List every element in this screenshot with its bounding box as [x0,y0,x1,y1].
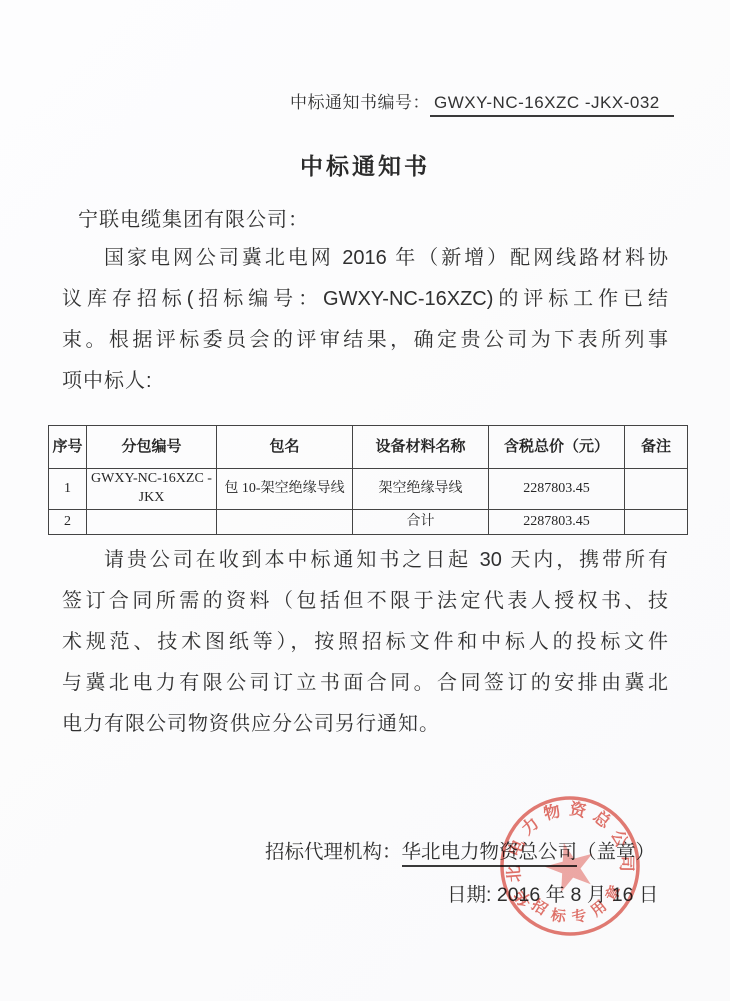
col-header-package-number: 分包编号 [87,426,217,469]
date-line: 日期: 2016 年 8 月 16 日 [447,879,658,907]
table-header-row: 序号 分包编号 包名 设备材料名称 含税总价（元） 备注 [49,426,688,469]
col-header-seq: 序号 [49,426,87,469]
col-header-package-name: 包名 [217,426,353,469]
agency-seal-note: （盖章） [577,841,655,863]
salutation: 宁联电缆集团有限公司： [78,203,309,232]
cell-package-name: 包 10-架空绝缘导线 [217,469,353,510]
cell-seq: 2 [49,510,87,535]
paragraph-line: 签订合同所需的资料（包括但不限于法定代表人授权书、技 [62,581,668,622]
cell-total-price: 2287803.45 [489,510,625,535]
paragraph-line: 议库存招标(招标编号：GWXY-NC-16XZC)的评标工作已结 [62,279,668,320]
document-title: 中标通知书 [0,148,730,181]
paragraph-line: 电力有限公司物资供应分公司另行通知。 [62,704,668,745]
cell-total-price: 2287803.45 [489,469,625,510]
col-header-total-price: 含税总价（元） [489,426,625,469]
table-row-total: 2 合计 2287803.45 [49,510,688,535]
body-paragraph-intro: 国家电网公司冀北电网 2016 年（新增）配网线路材料协 议库存招标(招标编号：… [62,238,668,402]
doc-number-value: GWXY-NC-16XZC -JKX-032 [430,93,674,117]
date-label: 日期: [447,884,491,906]
cell-remarks [625,469,688,510]
agency-name: 华北电力物资总公司 [402,841,578,867]
paragraph-line: 与冀北电力有限公司订立书面合同。合同签订的安排由冀北 [62,663,668,704]
paragraph-line: 束。根据评标委员会的评审结果，确定贵公司为下表所列事 [62,320,668,361]
cell-package-number: GWXY-NC-16XZC -JKX [87,469,217,510]
doc-number-line: 中标通知书编号：GWXY-NC-16XZC -JKX-032 [290,88,674,113]
body-paragraph-instructions: 请贵公司在收到本中标通知书之日起 30 天内，携带所有 签订合同所需的资料（包括… [62,540,668,745]
agency-label: 招标代理机构： [265,841,402,863]
paragraph-line: 国家电网公司冀北电网 2016 年（新增）配网线路材料协 [62,238,668,279]
date-value: 2016 年 8 月 16 日 [497,884,659,906]
cell-seq: 1 [49,469,87,510]
cell-total-label: 合计 [353,510,489,535]
agency-signature-line: 招标代理机构：华北电力物资总公司（盖章） [265,836,655,864]
cell-remarks [625,510,688,535]
cell-material-name: 架空绝缘导线 [353,469,489,510]
paragraph-line: 请贵公司在收到本中标通知书之日起 30 天内，携带所有 [62,540,668,581]
col-header-material-name: 设备材料名称 [353,426,489,469]
cell-package-number [87,510,217,535]
scanned-document-page: 中标通知书编号：GWXY-NC-16XZC -JKX-032 中标通知书 宁联电… [0,0,730,1001]
cell-package-name [217,510,353,535]
paragraph-line: 术规范、技术图纸等），按照招标文件和中标人的投标文件 [62,622,668,663]
bid-award-table: 序号 分包编号 包名 设备材料名称 含税总价（元） 备注 1 GWXY-NC-1… [48,425,688,535]
col-header-remarks: 备注 [625,426,688,469]
table-row: 1 GWXY-NC-16XZC -JKX 包 10-架空绝缘导线 架空绝缘导线 … [49,469,688,510]
doc-number-label: 中标通知书编号： [290,93,430,112]
paragraph-line: 项中标人: [62,361,668,402]
